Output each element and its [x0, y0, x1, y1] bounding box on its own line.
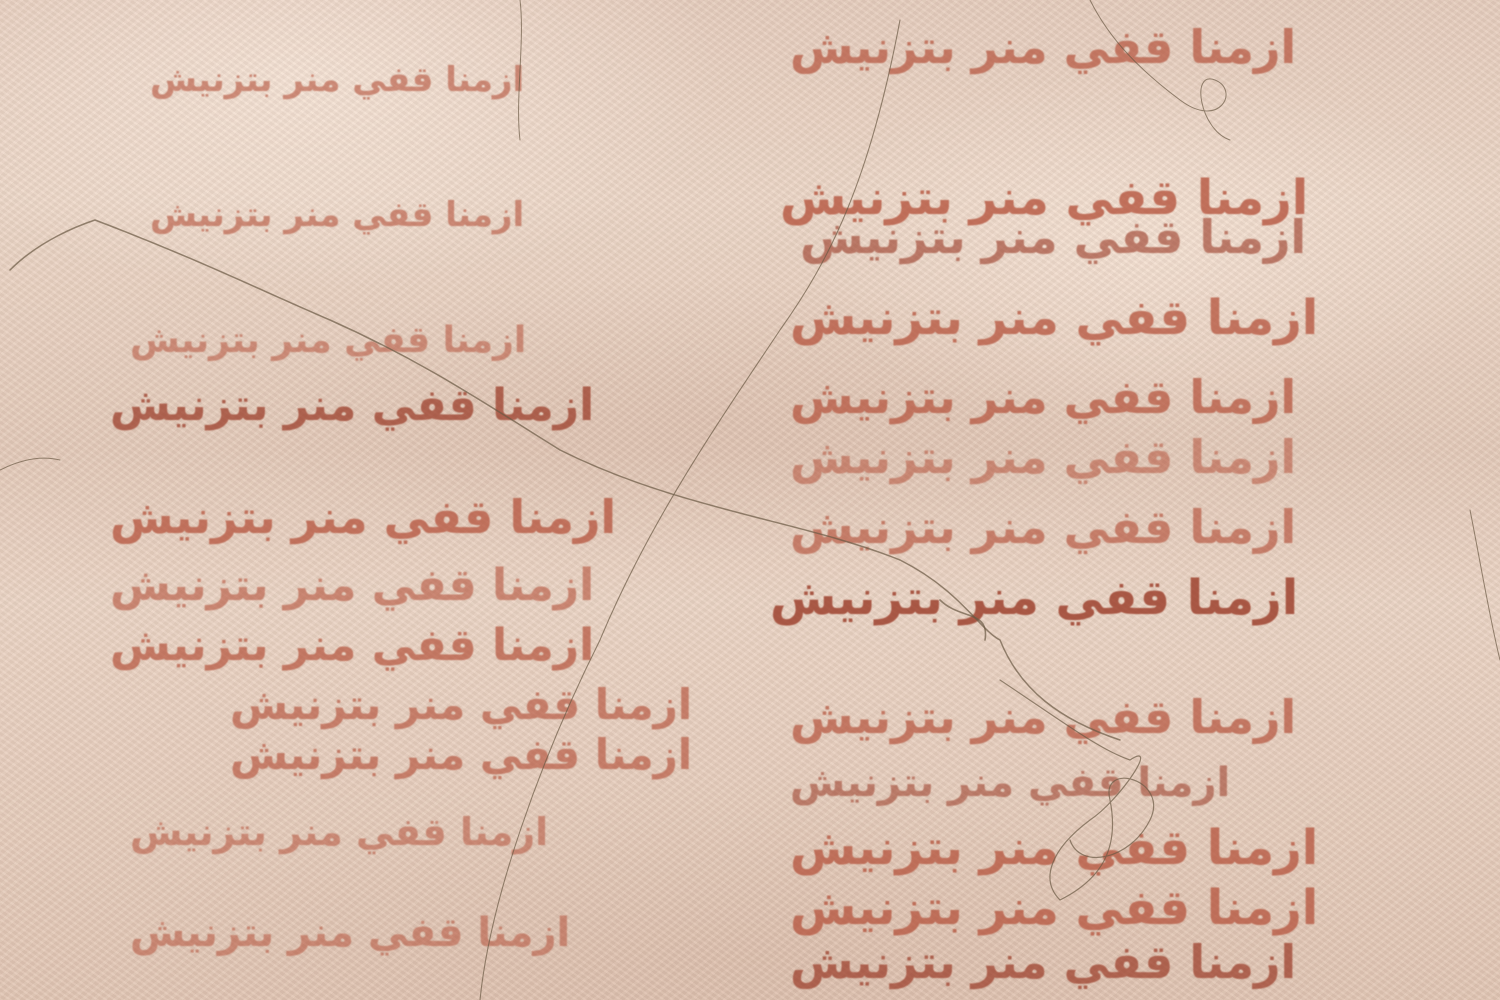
- stamped-text-line: ازمنا قفي منر بتزنيش: [110, 620, 594, 671]
- stamped-text-line: ازمنا قفي منر بتزنيش: [790, 20, 1296, 74]
- fiber-right-edge: [1470, 510, 1500, 660]
- stamped-text-line: ازمنا قفي منر بتزنيش: [770, 570, 1298, 626]
- stamped-text-line: ازمنا قفي منر بتزنيش: [130, 910, 570, 956]
- stamped-text-line: ازمنا قفي منر بتزنيش: [790, 690, 1296, 744]
- stamped-text-line: ازمنا قفي منر بتزنيش: [790, 430, 1296, 484]
- stamped-text-line: ازمنا قفي منر بتزنيش: [790, 290, 1318, 346]
- stamped-text-line: ازمنا قفي منر بتزنيش: [130, 810, 548, 854]
- stamped-text-line: ازمنا قفي منر بتزنيش: [110, 380, 594, 431]
- stamped-text-line: ازمنا قفي منر بتزنيش: [230, 730, 692, 779]
- stamped-text-line: ازمنا قفي منر بتزنيش: [790, 820, 1318, 876]
- stamped-text-line: ازمنا قفي منر بتزنيش: [790, 500, 1296, 554]
- stamped-text-line: ازمنا قفي منر بتزنيش: [230, 680, 692, 729]
- stamped-text-line: ازمنا قفي منر بتزنيش: [790, 760, 1230, 806]
- handmade-paper-photo: ازمنا قفي منر بتزنيشازمنا قفي منر بتزنيش…: [0, 0, 1500, 1000]
- stamped-text-line: ازمنا قفي منر بتزنيش: [130, 320, 526, 361]
- stamped-text-line: ازمنا قفي منر بتزنيش: [790, 880, 1318, 936]
- stamped-text-line: ازمنا قفي منر بتزنيش: [150, 60, 524, 100]
- stamped-text-line: ازمنا قفي منر بتزنيش: [790, 935, 1296, 989]
- stamped-text-line: ازمنا قفي منر بتزنيش: [800, 210, 1306, 264]
- stamped-text-line: ازمنا قفي منر بتزنيش: [110, 490, 616, 544]
- stamped-text-line: ازمنا قفي منر بتزنيش: [790, 370, 1296, 424]
- stamped-text-line: ازمنا قفي منر بتزنيش: [150, 195, 524, 235]
- stamped-text-line: ازمنا قفي منر بتزنيش: [110, 560, 594, 611]
- fiber-left-small: [0, 458, 60, 470]
